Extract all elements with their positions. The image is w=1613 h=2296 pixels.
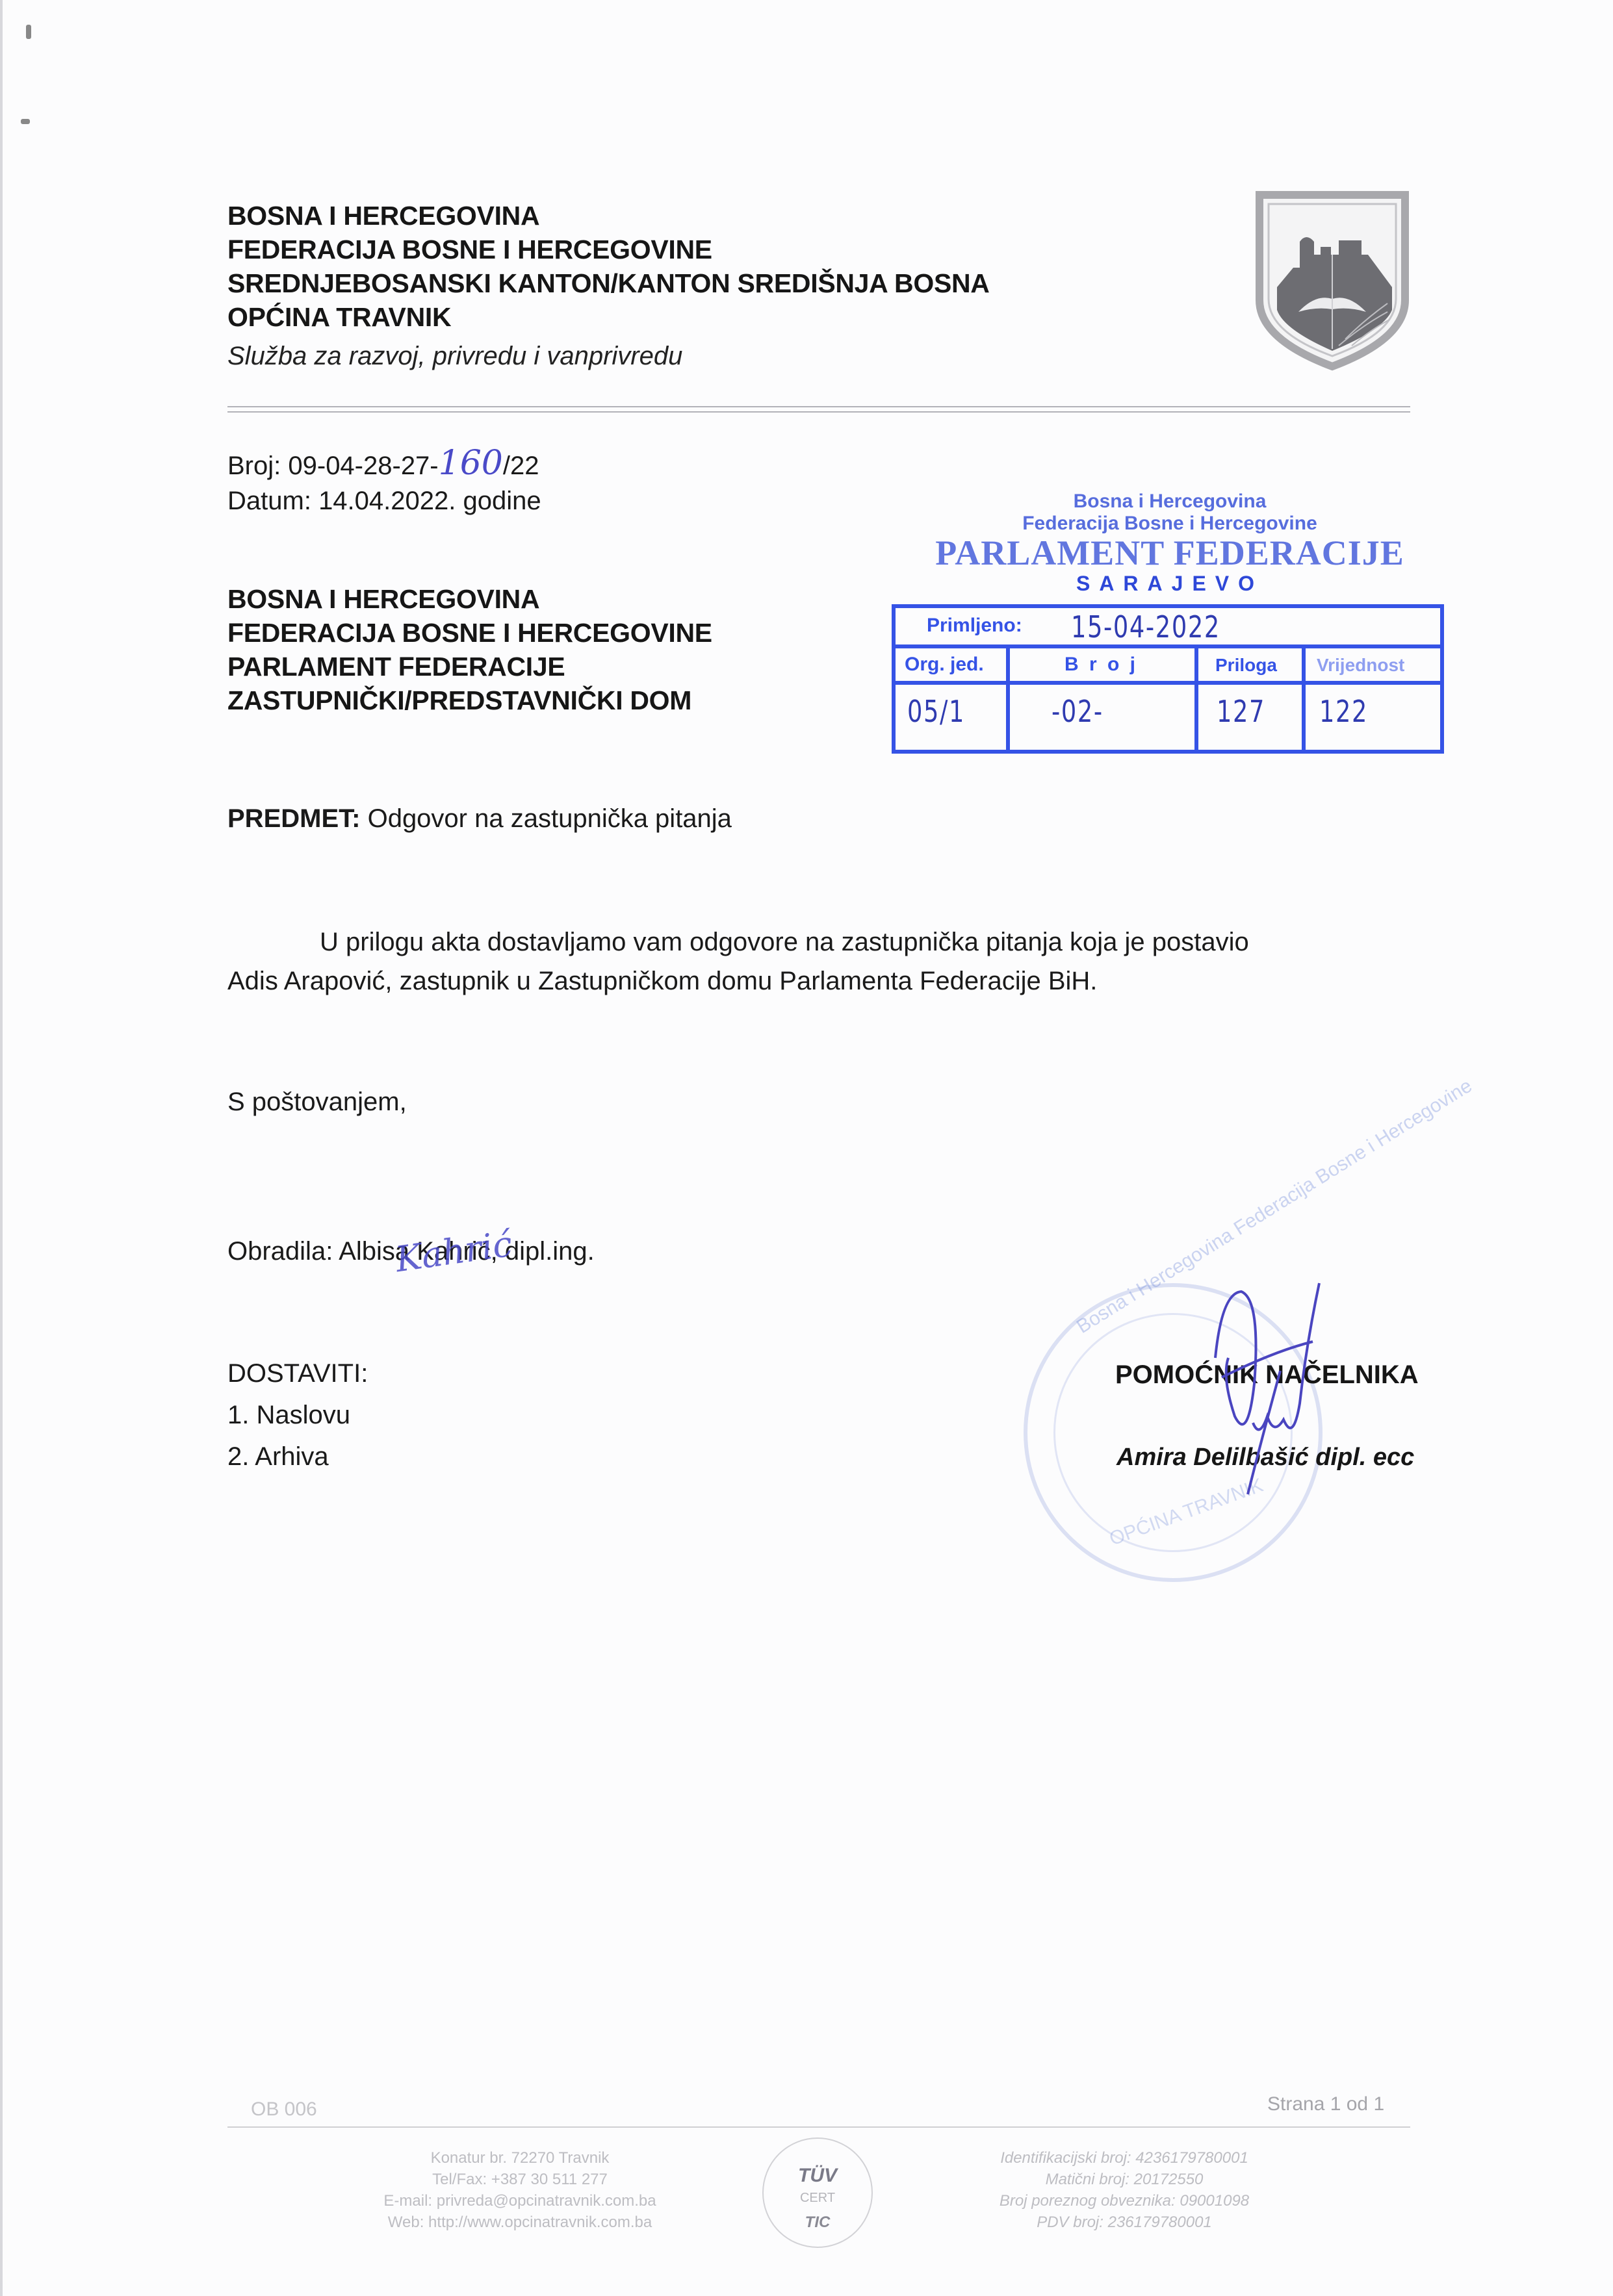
stamp-divider [1194, 648, 1198, 750]
date-value: 14.04.2022. godine [318, 487, 541, 515]
stamp-col-header: Org. jed. [905, 654, 984, 676]
stamp-org-unit: 05/1 [907, 694, 965, 729]
recipient-line: ZASTUPNIČKI/PREDSTAVNIČKI DOM [227, 683, 712, 717]
footer-tax-number: Broj poreznog obveznika: 09001098 [942, 2190, 1306, 2212]
footer-vat-number: PDV broj: 236179780001 [942, 2212, 1306, 2233]
stamp-header-row: Org. jed. B r o j Priloga Vrijednost [896, 648, 1440, 685]
date-label: Datum: [227, 487, 311, 515]
body-paragraph-line: U prilogu akta dostavljamo vam odgovore … [227, 923, 1249, 962]
reference-number-label: Broj: [227, 452, 281, 480]
stamp-value: 122 [1319, 694, 1368, 729]
letterhead-line: FEDERACIJA BOSNE I HERCEGOVINE [227, 233, 990, 266]
form-code: OB 006 [251, 2098, 317, 2121]
subject-label: PREDMET: [227, 804, 360, 833]
recipient-block: BOSNA I HERCEGOVINA FEDERACIJA BOSNE I H… [227, 582, 712, 717]
stamp-line: Bosna i Hercegovina [890, 491, 1449, 513]
closing-salutation: S poštovanjem, [227, 1082, 407, 1121]
footer-address: Konatur br. 72270 Travnik [305, 2147, 734, 2169]
scan-edge [0, 0, 3, 2296]
department-name: Služba za razvoj, privredu i vanprivredu [227, 339, 990, 373]
reference-block: Broj: 09-04-28-27-160/22 Datum: 14.04.20… [227, 446, 541, 518]
stamp-received-row: Primljeno: 15-04-2022 [896, 608, 1440, 648]
subject-line: PREDMET: Odgovor na zastupnička pitanja [227, 799, 732, 838]
stamp-col-header: Vrijednost [1317, 655, 1404, 676]
reference-number-prefix: 09-04-28-27- [288, 452, 438, 480]
header-divider [227, 406, 1410, 407]
letterhead-line: OPĆINA TRAVNIK [227, 300, 990, 334]
stamp-col-header: Priloga [1215, 655, 1277, 676]
footer-registration: Identifikacijski broj: 4236179780001 Mat… [942, 2147, 1306, 2233]
stamp-attachments: 127 [1217, 694, 1265, 729]
page-number: Strana 1 od 1 [1267, 2093, 1384, 2115]
deliver-to-item: 1. Naslovu [227, 1394, 368, 1436]
letterhead: BOSNA I HERCEGOVINA FEDERACIJA BOSNE I H… [227, 199, 990, 373]
footer-registry-number: Matični broj: 20172550 [942, 2169, 1306, 2190]
reference-number: Broj: 09-04-28-27-160/22 [227, 446, 541, 483]
registry-stamp-box: Primljeno: 15-04-2022 Org. jed. B r o j … [892, 604, 1444, 754]
cert-logo-text: TÜV [764, 2165, 871, 2187]
letterhead-line: BOSNA I HERCEGOVINA [227, 199, 990, 233]
registry-stamp-header: Bosna i Hercegovina Federacija Bosne i H… [890, 491, 1449, 596]
scan-artifact [26, 25, 31, 39]
deliver-to-item: 2. Arhiva [227, 1436, 368, 1477]
stamp-received-label: Primljeno: [927, 615, 1022, 637]
municipality-coat-of-arms-icon [1254, 190, 1410, 372]
signatory-signature [1176, 1280, 1345, 1504]
scan-artifact [21, 119, 30, 124]
footer-id-number: Identifikacijski broj: 4236179780001 [942, 2147, 1306, 2169]
deliver-to: DOSTAVITI: 1. Naslovu 2. Arhiva [227, 1353, 368, 1477]
footer-email: E-mail: privreda@opcinatravnik.com.ba [305, 2190, 734, 2212]
recipient-line: BOSNA I HERCEGOVINA [227, 582, 712, 616]
subject-text: Odgovor na zastupnička pitanja [368, 804, 732, 833]
prepared-by-label: Obradila: [227, 1237, 333, 1266]
document-date: Datum: 14.04.2022. godine [227, 483, 541, 518]
body-paragraph-line: Adis Arapović, zastupnik u Zastupničkom … [227, 962, 1249, 1001]
tuv-certification-icon: TÜV CERT TIC [762, 2137, 873, 2248]
footer-divider [227, 2126, 1410, 2128]
stamp-line: PARLAMENT FEDERACIJE [890, 535, 1449, 571]
footer-phone: Tel/Fax: +387 30 511 277 [305, 2169, 734, 2190]
stamp-col-header: B r o j [1065, 654, 1138, 676]
recipient-line: PARLAMENT FEDERACIJE [227, 650, 712, 683]
stamp-number: -02- [1052, 694, 1103, 729]
reference-number-suffix: /22 [503, 452, 539, 480]
stamp-line: SARAJEVO [890, 571, 1449, 596]
stamp-received-date: 15-04-2022 [1071, 609, 1220, 644]
stamp-divider [1302, 648, 1306, 750]
cert-issuer: TIC [764, 2213, 871, 2232]
letterhead-line: SREDNJEBOSANSKI KANTON/KANTON SREDIŠNJA … [227, 266, 990, 300]
deliver-to-title: DOSTAVITI: [227, 1353, 368, 1394]
letter-body: U prilogu akta dostavljamo vam odgovore … [227, 923, 1249, 1001]
reference-number-handwritten: 160 [439, 444, 503, 483]
header-divider [227, 411, 1410, 413]
stamp-line: Federacija Bosne i Hercegovine [890, 513, 1449, 535]
cert-label: CERT [764, 2191, 871, 2206]
footer-contact: Konatur br. 72270 Travnik Tel/Fax: +387 … [305, 2147, 734, 2233]
stamp-divider [1006, 648, 1010, 750]
footer-website: Web: http://www.opcinatravnik.com.ba [305, 2212, 734, 2233]
recipient-line: FEDERACIJA BOSNE I HERCEGOVINE [227, 616, 712, 650]
